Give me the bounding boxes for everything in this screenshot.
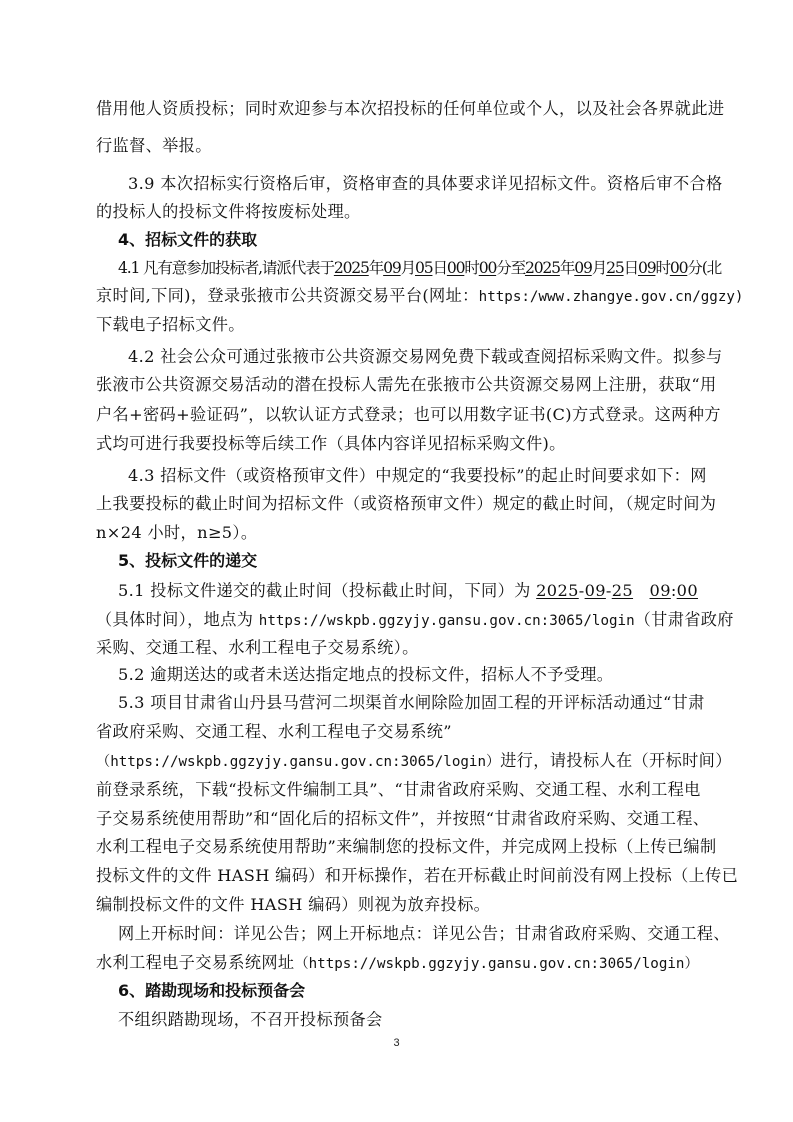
paragraph-line: 上我要投标的截止时间为招标文件（或资格预审文件）规定的截止时间，（规定时间为 — [96, 494, 700, 514]
system-url: https://wskpb.ggzyjy.gansu.gov.cn:3065/l… — [259, 613, 635, 629]
paragraph-5-1-line: 5.1 投标文件递交的截止时间（投标截止时间，下同）为 2025-09-25 0… — [118, 581, 690, 601]
deadline-day: 25 — [612, 581, 633, 600]
text: （甘肃省政府 — [635, 610, 734, 629]
text: 年 — [369, 259, 383, 277]
paragraph-line: 式均可进行我要投标等后续工作（具体内容详见招标采购文件)。 — [96, 434, 700, 454]
deadline-hour: 09 — [650, 581, 671, 600]
paragraph-line: 行监督、举报。 — [96, 136, 700, 156]
end-month: 09 — [574, 259, 591, 277]
paragraph-5-3-line: 5.3 项目甘肃省山丹县马营河二坝渠首水闸除险加固工程的开评标活动通过“甘肃 — [118, 693, 690, 713]
paragraph-4-3-line: 4.3 招标文件（或资格预审文件）中规定的“我要投标”的起止时间要求如下：网 — [128, 466, 700, 486]
paragraph-line: 省政府采购、交通工程、水利工程电子交易系统” — [96, 722, 700, 742]
document-page: 借用他人资质投标；同时欢迎参与本次招投标的任何单位或个人，以及社会各界就此进 行… — [0, 0, 793, 1122]
text: 月 — [592, 259, 606, 277]
paragraph-line: 下载电子招标文件。 — [96, 315, 700, 335]
text: 时 — [655, 259, 669, 277]
text: 4.1 凡有意参加投标者,请派代表于 — [118, 259, 334, 277]
paragraph-line: 借用他人资质投标；同时欢迎参与本次招投标的任何单位或个人，以及社会各界就此进 — [96, 99, 700, 119]
system-url: （https://wskpb.ggzyjy.gansu.gov.cn:3065/… — [294, 956, 698, 972]
paragraph-line: 采购、交通工程、水利工程电子交易系统）。 — [96, 638, 700, 658]
text: 日 — [624, 259, 638, 277]
section-6-text: 不组织踏勘现场，不召开投标预备会 — [118, 1010, 722, 1030]
page-number: 3 — [0, 1037, 793, 1049]
deadline-minute: 00 — [677, 581, 698, 600]
paragraph-line: 的投标人的投标文件将按废标处理。 — [96, 202, 700, 222]
text: 京时间,下同)，登录张掖市公共资源交易平台(网址： — [96, 286, 479, 305]
text: （具体时间），地点为 — [96, 610, 259, 629]
paragraph-line: 前登录系统，下载“投标文件编制工具”、“甘肃省政府采购、交通工程、水利工程电 — [96, 780, 700, 800]
paragraph-line: 编制投标文件的文件 HASH 编码）则视为放弃投标。 — [96, 895, 700, 915]
online-opening-line: 网上开标时间：详见公告；网上开标地点：详见公告；甘肃省政府采购、交通工程、 — [118, 924, 690, 944]
paragraph-5-2-line: 5.2 逾期送达的或者未送达指定地点的投标文件，招标人不予受理。 — [118, 665, 690, 685]
end-year: 2025 — [525, 259, 560, 277]
text: 分至 — [496, 259, 525, 277]
paragraph-line: 水利工程电子交易系统网址（https://wskpb.ggzyjy.gansu.… — [96, 953, 700, 974]
deadline-year: 2025 — [536, 581, 579, 600]
paragraph-line: 张液市公共资源交易活动的潜在投标人需先在张掖市公共资源交易网上注册，获取“用 — [96, 375, 700, 395]
text: 5.1 投标文件递交的截止时间（投标截止时间，下同）为 — [118, 581, 536, 600]
text: 月 — [401, 259, 415, 277]
text: 时 — [464, 259, 478, 277]
text: 进行，请投标人在（开标时间） — [500, 751, 732, 770]
section-6-heading: 6、踏勘现场和投标预备会 — [118, 981, 722, 1001]
deadline-month: 09 — [585, 581, 606, 600]
section-4-heading: 4、招标文件的获取 — [118, 230, 722, 250]
paragraph-4-1-line: 4.1 凡有意参加投标者,请派代表于2025年09月05日00时00分至2025… — [118, 258, 690, 278]
paragraph-line: n×24 小时，n≥5）。 — [96, 523, 700, 543]
system-url: （https://wskpb.ggzyjy.gansu.gov.cn:3065/… — [96, 754, 500, 770]
paragraph-4-2-line: 4.2 社会公众可通过张掖市公共资源交易网免费下载或查阅招标采购文件。拟参与 — [128, 347, 700, 367]
text: 年 — [560, 259, 574, 277]
paragraph-line: 京时间,下同)，登录张掖市公共资源交易平台(网址：https:/www.zhan… — [96, 286, 700, 307]
start-month: 09 — [383, 259, 400, 277]
paragraph-line: （https://wskpb.ggzyjy.gansu.gov.cn:3065/… — [96, 751, 700, 772]
end-minute: 00 — [670, 259, 687, 277]
start-day: 05 — [415, 259, 432, 277]
paragraph-line: 户名+密码+验证码”，以软认证方式登录；也可以用数字证书(C)方式登录。这两种方 — [96, 405, 700, 425]
paragraph-line: （具体时间），地点为 https://wskpb.ggzyjy.gansu.go… — [96, 610, 700, 631]
text: 分(北 — [687, 259, 721, 277]
end-hour: 09 — [638, 259, 655, 277]
start-minute: 00 — [479, 259, 496, 277]
platform-url: https:/www.zhangye.gov.cn/ggzy) — [479, 289, 744, 305]
start-hour: 00 — [447, 259, 464, 277]
paragraph-3-9-line: 3.9 本次招标实行资格后审，资格审查的具体要求详见招标文件。资格后审不合格 — [128, 174, 700, 194]
section-5-heading: 5、投标文件的递交 — [118, 551, 722, 571]
start-year: 2025 — [334, 259, 369, 277]
text: 日 — [432, 259, 446, 277]
paragraph-line: 投标文件的文件 HASH 编码）和开标操作，若在开标截止时间前没有网上投标（上传… — [96, 866, 700, 886]
text: 水利工程电子交易系统网址 — [96, 953, 294, 972]
paragraph-line: 子交易系统使用帮助”和“固化后的招标文件”，并按照“甘肃省政府采购、交通工程、 — [96, 809, 700, 829]
paragraph-line: 水利工程电子交易系统使用帮助”来编制您的投标文件，并完成网上投标（上传已编制 — [96, 837, 700, 857]
end-day: 25 — [606, 259, 623, 277]
